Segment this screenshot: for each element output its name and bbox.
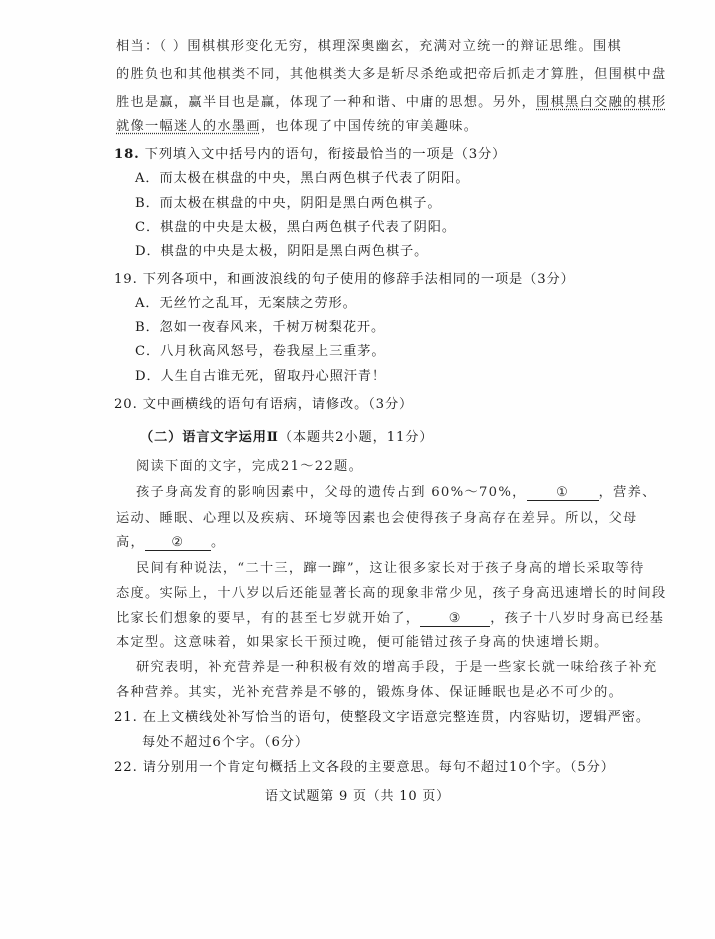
para1-text: ，营养、 xyxy=(599,485,657,500)
passage-line-4-text: ，也体现了中国传统的审美趣味。 xyxy=(261,119,478,134)
blank-1: ① xyxy=(527,485,599,501)
para1-text: 高， xyxy=(116,535,145,550)
question-21-stem: 21. 在上文横线处补写恰当的语句，使整段文字语意完整连贯，内容贴切，逻辑严密。 xyxy=(114,708,600,728)
para2-line-4: 本定型。这意味着，如果家长干预过晚，便可能错过孩子身高的快速增长期。 xyxy=(116,633,602,653)
para2-line-3: 比家长们想象的要早，有的甚至七岁就开始了，③，孩子十八岁时身高已经基 xyxy=(116,609,602,629)
question-18-stem: 18. 下列填入文中括号内的语句，衔接最恰当的一项是（3分） xyxy=(114,145,600,165)
para1-line-3: 高，②。 xyxy=(116,533,602,553)
blank-2: ② xyxy=(145,535,211,551)
para1-text: 。 xyxy=(211,535,226,550)
exam-page: 相当：（ ）围棋棋形变化无穷，棋理深奥幽玄，充满对立统一的辩证思维。围棋 的胜负… xyxy=(0,0,715,939)
para1-line-1: 孩子身高发育的影响因素中，父母的遗传占到 60%～70%，①，营养、 xyxy=(136,483,622,503)
question-number: 18. xyxy=(114,147,140,162)
question-18-option-a: A．而太极在棋盘的中央，黑白两色棋子代表了阴阳。 xyxy=(135,169,621,189)
para1-text: 孩子身高发育的影响因素中，父母的遗传占到 60%～70%， xyxy=(136,485,527,500)
question-number: 20. xyxy=(114,397,138,412)
page-footer: 语文试题第 9 页（共 10 页） xyxy=(0,788,715,806)
question-number: 21. xyxy=(114,710,138,725)
para2-text: 比家长们想象的要早，有的甚至七岁就开始了， xyxy=(116,611,420,626)
blank-3-label: ③ xyxy=(449,611,462,626)
wavy-underlined-sentence-part-2: 就像一幅迷人的水墨画 xyxy=(116,119,261,134)
question-21-stem-cont: 每处不超过6个字。（6分） xyxy=(142,733,628,753)
para1-line-2: 运动、睡眠、心理以及疾病、环境等因素也会使得孩子身高存在差异。所以，父母 xyxy=(116,509,602,529)
question-text: 下列各项中，和画波浪线的句子使用的修辞手法相同的一项是（3分） xyxy=(143,272,575,287)
passage-line-3-text: 胜也是赢，赢半目也是赢，体现了一种和谐、中庸的思想。另外， xyxy=(116,95,536,110)
question-number: 22. xyxy=(114,760,138,775)
section-title: （二）语言文字运用Ⅱ xyxy=(140,430,279,445)
wavy-underlined-sentence-part-1: 围棋黑白交融的棋形 xyxy=(536,95,666,110)
section-note: （本题共2小题，11分） xyxy=(279,430,434,445)
question-18-option-b: B．而太极在棋盘的中央，阴阳是黑白两色棋子。 xyxy=(135,194,621,214)
passage-line-2: 的胜负也和其他棋类不同，其他棋类大多是斩尽杀绝或把帝后抓走才算胜，但围棋中盘 xyxy=(116,65,602,85)
question-text: 在上文横线处补写恰当的语句，使整段文字语意完整连贯，内容贴切，逻辑严密。 xyxy=(143,710,650,725)
question-19-stem: 19. 下列各项中，和画波浪线的句子使用的修辞手法相同的一项是（3分） xyxy=(114,270,600,290)
para2-line-2: 态度。实际上，十八岁以后还能显著长高的现象非常少见，孩子身高迅速增长的时间段 xyxy=(116,584,602,604)
question-text: 文中画横线的语句有语病，请修改。（3分） xyxy=(143,397,413,412)
question-19-option-b: B．忽如一夜春风来，千树万树梨花开。 xyxy=(135,318,621,338)
question-18-option-c: C．棋盘的中央是太极，黑白两色棋子代表了阴阳。 xyxy=(135,218,621,238)
blank-1-label: ① xyxy=(556,485,569,500)
question-22: 22. 请分别用一个肯定句概括上文各段的主要意思。每句不超过10个字。（5分） xyxy=(114,758,600,778)
passage-line-1: 相当：（ ）围棋棋形变化无穷，棋理深奥幽玄，充满对立统一的辩证思维。围棋 xyxy=(116,37,602,57)
reading-instruction: 阅读下面的文字，完成21～22题。 xyxy=(136,457,622,477)
blank-3: ③ xyxy=(420,611,490,627)
question-20: 20. 文中画横线的语句有语病，请修改。（3分） xyxy=(114,395,600,415)
para2-text: ，孩子十八岁时身高已经基 xyxy=(490,611,664,626)
question-number: 19. xyxy=(114,272,138,287)
para3-line-1: 研究表明，补充营养是一种积极有效的增高手段，于是一些家长就一味给孩子补充 xyxy=(136,658,622,678)
question-text: 下列填入文中括号内的语句，衔接最恰当的一项是（3分） xyxy=(145,147,506,162)
question-19-option-d: D．人生自古谁无死，留取丹心照汗青！ xyxy=(135,367,621,387)
question-19-option-c: C．八月秋高风怒号，卷我屋上三重茅。 xyxy=(135,342,621,362)
passage-line-4: 就像一幅迷人的水墨画，也体现了中国传统的审美趣味。 xyxy=(116,117,602,137)
blank-2-label: ② xyxy=(171,535,184,550)
para3-line-2: 各种营养。其实，光补充营养是不够的，锻炼身体、保证睡眠也是必不可少的。 xyxy=(116,683,602,703)
question-text: 请分别用一个肯定句概括上文各段的主要意思。每句不超过10个字。（5分） xyxy=(143,760,615,775)
question-18-option-d: D．棋盘的中央是太极，阴阳是黑白两色棋子。 xyxy=(135,242,621,262)
section-2-heading: （二）语言文字运用Ⅱ（本题共2小题，11分） xyxy=(140,428,626,448)
passage-line-3: 胜也是赢，赢半目也是赢，体现了一种和谐、中庸的思想。另外，围棋黑白交融的棋形 xyxy=(116,93,602,113)
question-19-option-a: A．无丝竹之乱耳，无案牍之劳形。 xyxy=(135,294,621,314)
para2-line-1: 民间有种说法，“二十三，蹿一蹿”，这让很多家长对于孩子身高的增长采取等待 xyxy=(136,559,622,579)
